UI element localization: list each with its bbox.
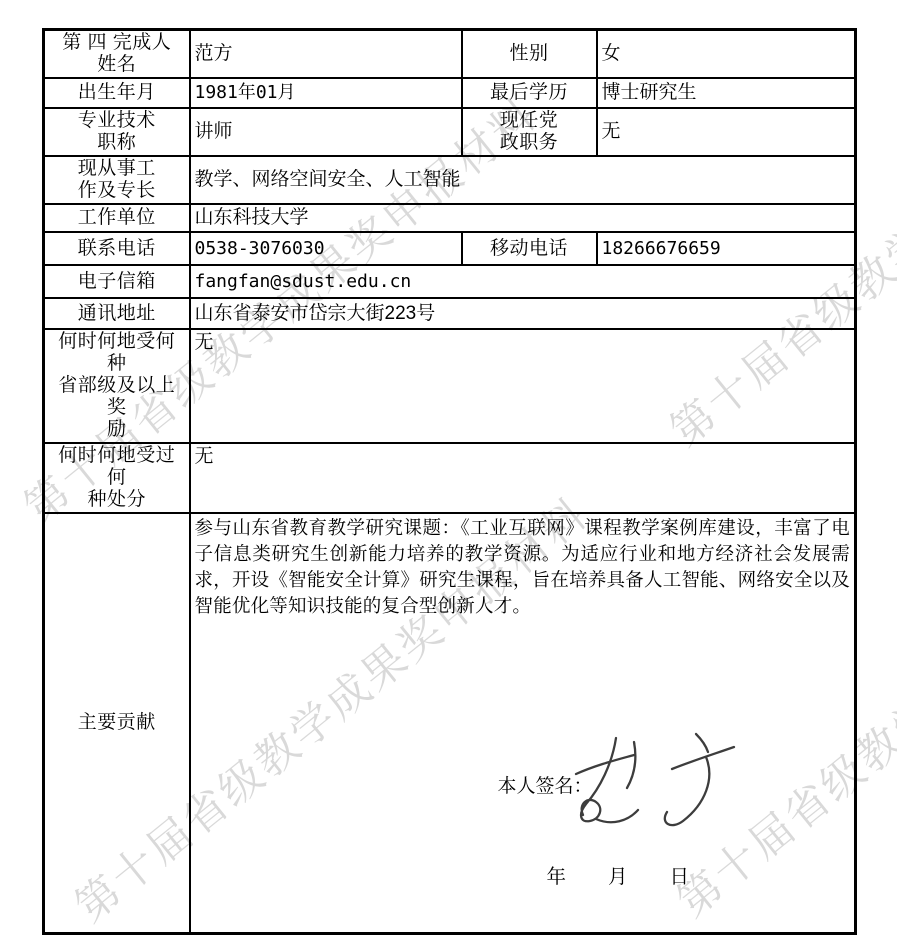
contribution-label: 主要贡献 — [44, 513, 190, 933]
table-row: 何时何地受何种 省部级及以上奖 励 无 — [44, 329, 856, 443]
specialty-label: 现从事工 作及专长 — [44, 156, 190, 204]
mobile-value: 18266676659 — [597, 232, 856, 265]
degree-value: 博士研究生 — [597, 78, 856, 108]
gender-label: 性别 — [462, 30, 597, 79]
email-value: fangfan@sdust.edu.cn — [190, 265, 856, 298]
gender-value: 女 — [597, 30, 856, 79]
table-row: 工作单位 山东科技大学 — [44, 204, 856, 232]
table-row: 通讯地址 山东省泰安市岱宗大街223号 — [44, 298, 856, 329]
address-label: 通讯地址 — [44, 298, 190, 329]
name-label: 第 四 完成人 姓名 — [44, 30, 190, 79]
awards-label: 何时何地受何种 省部级及以上奖 励 — [44, 329, 190, 443]
employer-value: 山东科技大学 — [190, 204, 856, 232]
date-line: 年 月 日 — [547, 866, 691, 888]
table-row: 何时何地受过何 种处分 无 — [44, 443, 856, 513]
contribution-cell: 参与山东省教育教学研究课题：《工业互联网》课程教学案例库建设，丰富了电子信息类研… — [190, 513, 856, 933]
specialty-value: 教学、网络空间安全、人工智能 — [190, 156, 856, 204]
completer-info-table: 第 四 完成人 姓名 范方 性别 女 出生年月 1981年01月 最后学历 博士… — [42, 28, 857, 935]
name-value: 范方 — [190, 30, 462, 79]
table-row: 第 四 完成人 姓名 范方 性别 女 — [44, 30, 856, 79]
phone-value: 0538-3076030 — [190, 232, 462, 265]
contribution-text: 参与山东省教育教学研究课题：《工业互联网》课程教学案例库建设，丰富了电子信息类研… — [195, 515, 851, 619]
email-label: 电子信箱 — [44, 265, 190, 298]
punishment-value: 无 — [190, 443, 856, 513]
mobile-label: 移动电话 — [462, 232, 597, 265]
table-row: 电子信箱 fangfan@sdust.edu.cn — [44, 265, 856, 298]
table-row: 联系电话 0538-3076030 移动电话 18266676659 — [44, 232, 856, 265]
table-row: 主要贡献 参与山东省教育教学研究课题：《工业互联网》课程教学案例库建设，丰富了电… — [44, 513, 856, 933]
signature-handwriting-image — [556, 724, 746, 834]
birth-value: 1981年01月 — [190, 78, 462, 108]
table-row: 现从事工 作及专长 教学、网络空间安全、人工智能 — [44, 156, 856, 204]
employer-label: 工作单位 — [44, 204, 190, 232]
awards-value: 无 — [190, 329, 856, 443]
title-value: 讲师 — [190, 108, 462, 156]
party-post-value: 无 — [597, 108, 856, 156]
birth-label: 出生年月 — [44, 78, 190, 108]
degree-label: 最后学历 — [462, 78, 597, 108]
table-row: 专业技术 职称 讲师 现任党 政职务 无 — [44, 108, 856, 156]
table-row: 出生年月 1981年01月 最后学历 博士研究生 — [44, 78, 856, 108]
party-post-label: 现任党 政职务 — [462, 108, 597, 156]
form-page: 第十届省级教学成果奖申报材料 第十届省级教学成果奖申报材料 第十届省级教学成果奖… — [0, 0, 897, 949]
address-value: 山东省泰安市岱宗大街223号 — [190, 298, 856, 329]
title-label: 专业技术 职称 — [44, 108, 190, 156]
punishment-label: 何时何地受过何 种处分 — [44, 443, 190, 513]
phone-label: 联系电话 — [44, 232, 190, 265]
